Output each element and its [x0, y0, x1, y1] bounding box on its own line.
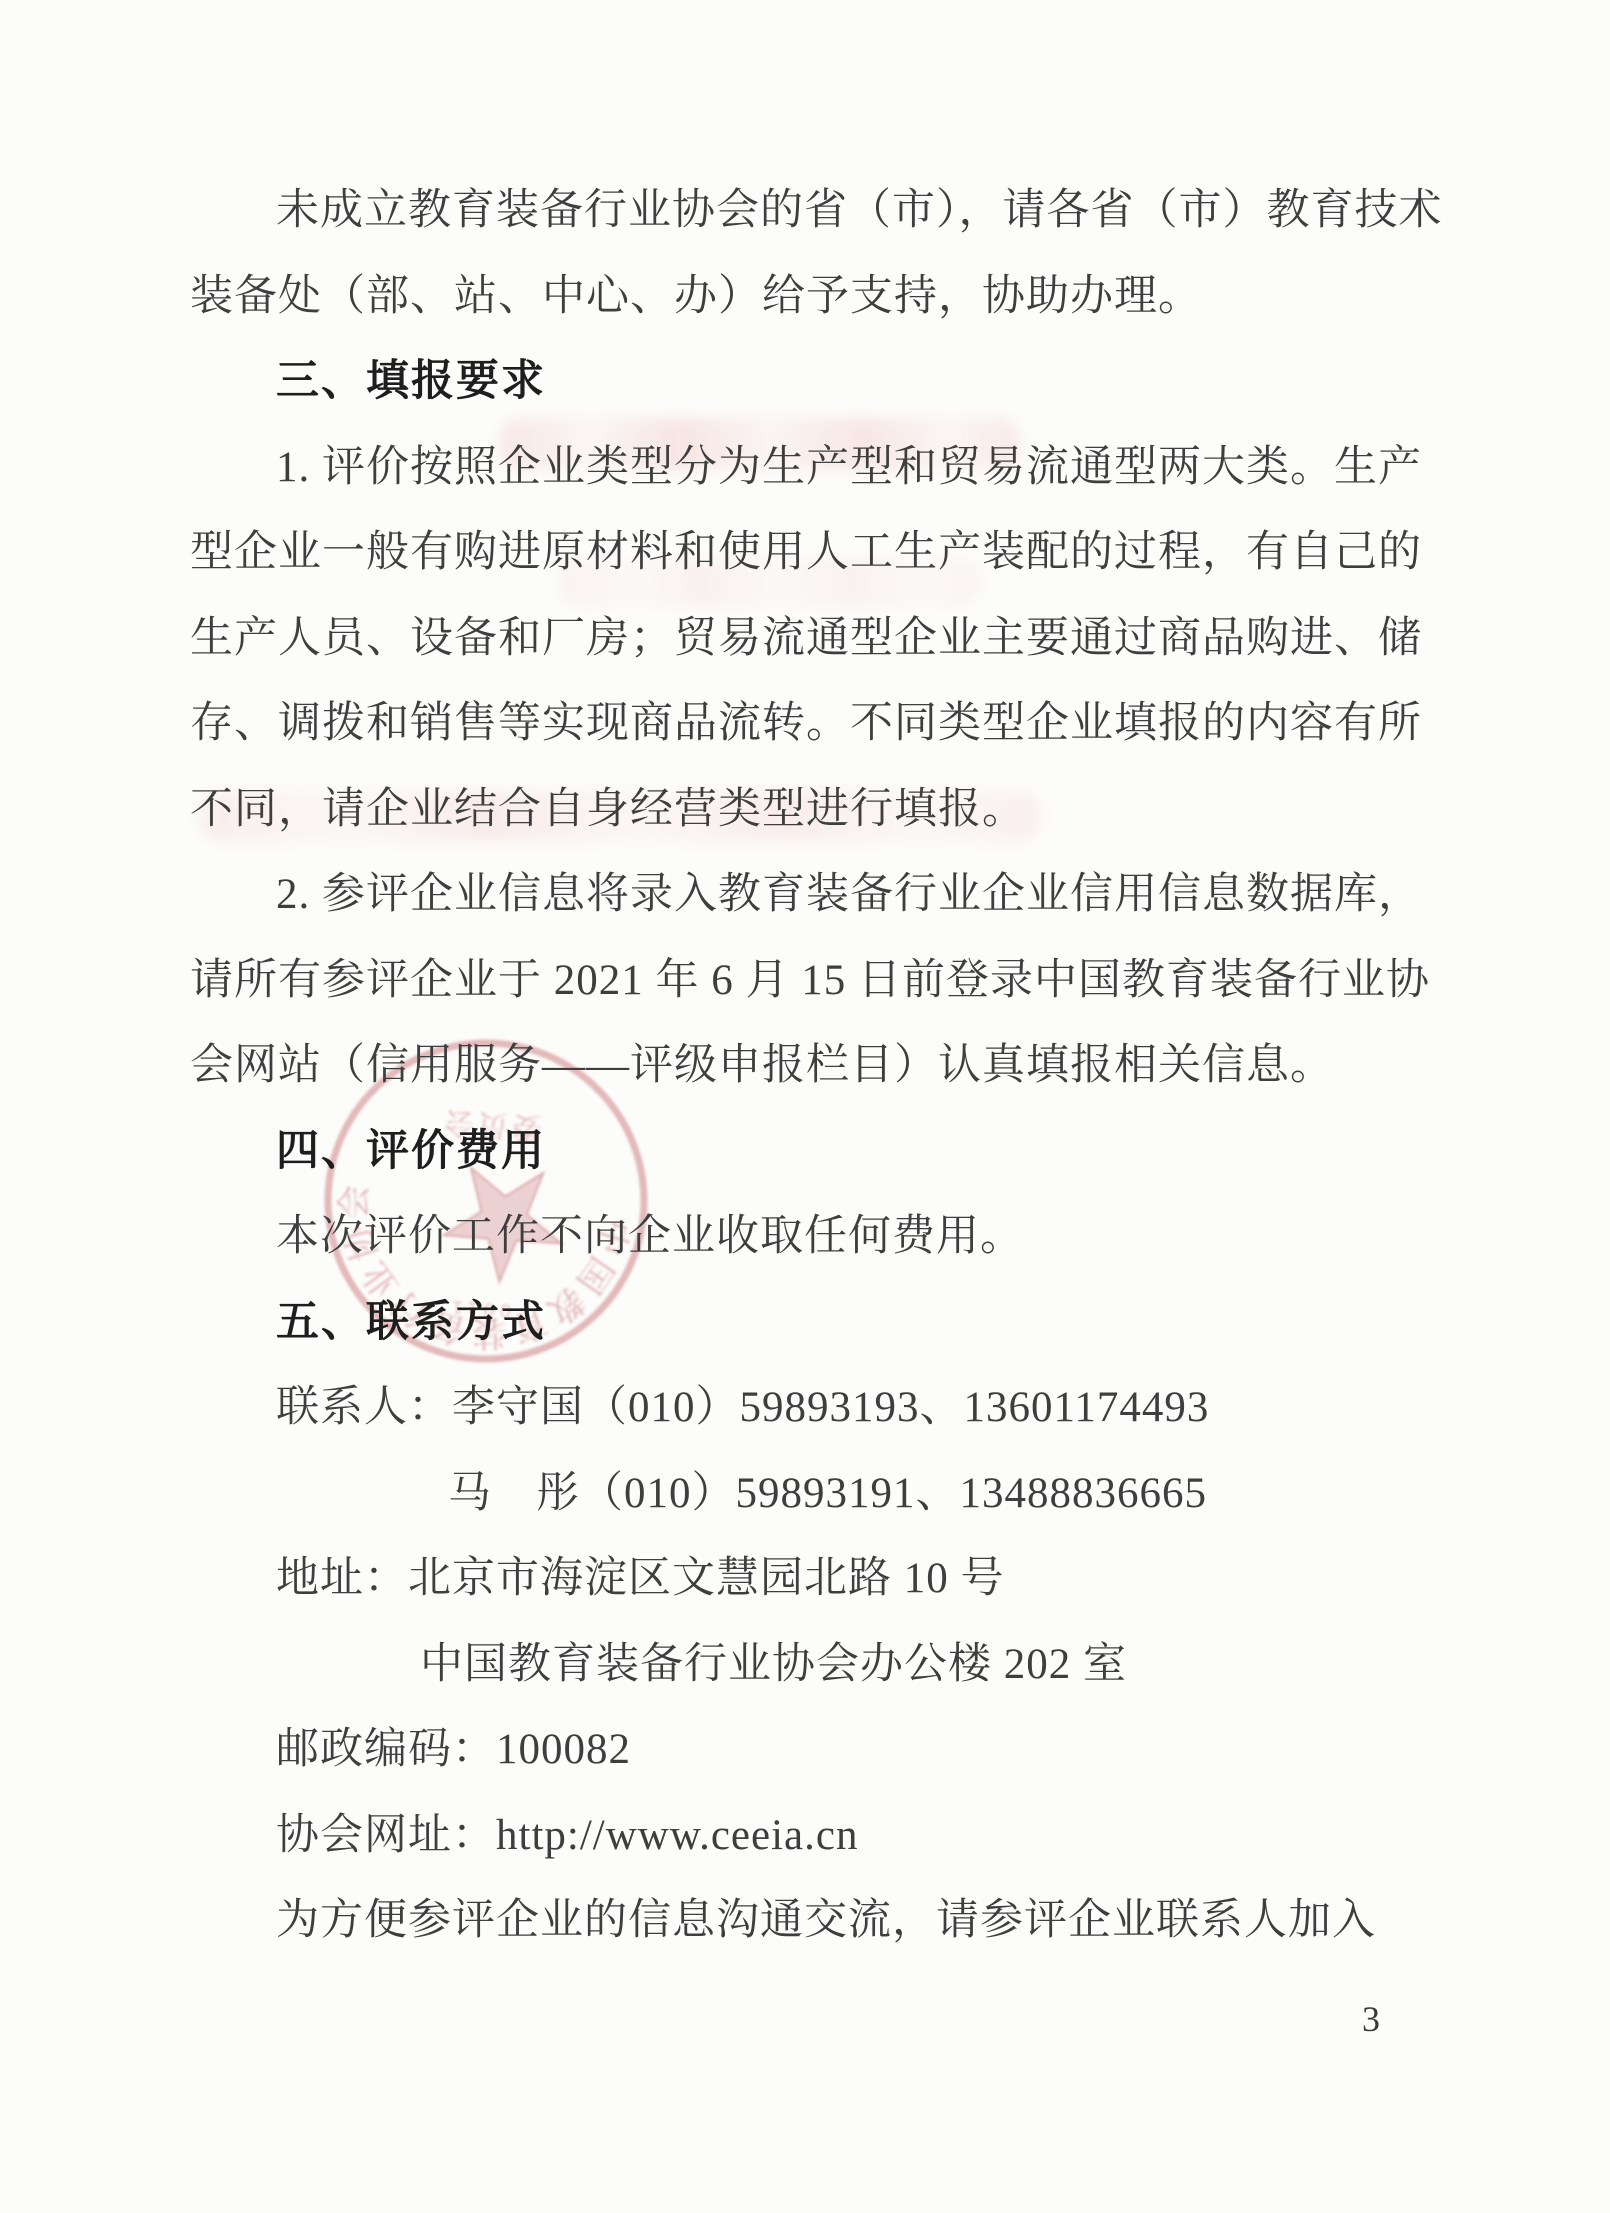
text-line-content: 五、联系方式 — [276, 1298, 546, 1346]
text-line-content: 不同，请企业结合自身经营类型进行填报。 — [190, 786, 1026, 833]
text-line-content: 会网站（信用服务——评级申报栏目）认真填报相关信息。 — [190, 1042, 1334, 1089]
document-page: 中国教育装备行业协会 委员会 0011 未成立教育装备行业协会的省（市），请各省… — [0, 0, 1610, 2213]
text-line: 1. 评价按照企业类型分为生产型和贸易流通型两大类。生产 — [190, 425, 1520, 511]
text-line: 协会网址：http://www.ceeia.cn — [190, 1793, 1520, 1879]
text-line: 五、联系方式 — [190, 1280, 1520, 1366]
text-line: 未成立教育装备行业协会的省（市），请各省（市）教育技术 — [190, 168, 1520, 254]
text-line: 为方便参评企业的信息沟通交流，请参评企业联系人加入 — [190, 1878, 1520, 1964]
text-line: 存、调拨和销售等实现商品流转。不同类型企业填报的内容有所 — [190, 681, 1520, 767]
text-line-content: 装备处（部、站、中心、办）给予支持，协助办理。 — [190, 273, 1202, 320]
text-line-content: 存、调拨和销售等实现商品流转。不同类型企业填报的内容有所 — [190, 700, 1422, 747]
text-line: 生产人员、设备和厂房；贸易流通型企业主要通过商品购进、储 — [190, 596, 1520, 682]
text-line-content: 中国教育装备行业协会办公楼 202 室 — [420, 1641, 1127, 1688]
text-line-content: 马 彤（010）59893191、13488836665 — [448, 1470, 1207, 1517]
text-line: 四、评价费用 — [190, 1109, 1520, 1195]
text-line: 联系人：李守国（010）59893193、13601174493 — [190, 1365, 1520, 1451]
text-line-content: 2. 参评企业信息将录入教育装备行业企业信用信息数据库， — [276, 871, 1422, 918]
text-line: 马 彤（010）59893191、13488836665 — [190, 1451, 1520, 1537]
text-line: 型企业一般有购进原材料和使用人工生产装配的过程，有自己的 — [190, 510, 1520, 596]
text-line-content: 联系人：李守国（010）59893193、13601174493 — [276, 1384, 1209, 1431]
text-line: 请所有参评企业于 2021 年 6 月 15 日前登录中国教育装备行业协 — [190, 938, 1520, 1024]
text-line: 不同，请企业结合自身经营类型进行填报。 — [190, 767, 1520, 853]
text-line-content: 本次评价工作不向企业收取任何费用。 — [276, 1213, 1024, 1260]
text-line: 中国教育装备行业协会办公楼 202 室 — [190, 1622, 1520, 1708]
text-line: 三、填报要求 — [190, 339, 1520, 425]
text-line: 邮政编码：100082 — [190, 1707, 1520, 1793]
text-line-content: 三、填报要求 — [276, 357, 546, 405]
document-body: 未成立教育装备行业协会的省（市），请各省（市）教育技术 装备处（部、站、中心、办… — [190, 168, 1520, 1964]
text-line: 本次评价工作不向企业收取任何费用。 — [190, 1194, 1520, 1280]
text-line: 会网站（信用服务——评级申报栏目）认真填报相关信息。 — [190, 1023, 1520, 1109]
text-line-content: 请所有参评企业于 2021 年 6 月 15 日前登录中国教育装备行业协 — [190, 957, 1430, 1004]
text-line-content: 为方便参评企业的信息沟通交流，请参评企业联系人加入 — [276, 1897, 1376, 1944]
text-line: 地址：北京市海淀区文慧园北路 10 号 — [190, 1536, 1520, 1622]
text-line-content: 邮政编码：100082 — [276, 1726, 631, 1773]
text-line-content: 型企业一般有购进原材料和使用人工生产装配的过程，有自己的 — [190, 529, 1422, 576]
text-line-content: 协会网址：http://www.ceeia.cn — [276, 1812, 858, 1859]
text-line: 2. 参评企业信息将录入教育装备行业企业信用信息数据库， — [190, 852, 1520, 938]
text-line-content: 生产人员、设备和厂房；贸易流通型企业主要通过商品购进、储 — [190, 615, 1422, 662]
text-line-content: 未成立教育装备行业协会的省（市），请各省（市）教育技术 — [276, 187, 1443, 234]
text-line-content: 地址：北京市海淀区文慧园北路 10 号 — [276, 1555, 1005, 1602]
page-number: 3 — [1362, 1998, 1380, 2040]
text-line: 装备处（部、站、中心、办）给予支持，协助办理。 — [190, 254, 1520, 340]
text-line-content: 四、评价费用 — [276, 1127, 546, 1175]
text-line-content: 1. 评价按照企业类型分为生产型和贸易流通型两大类。生产 — [276, 444, 1422, 491]
